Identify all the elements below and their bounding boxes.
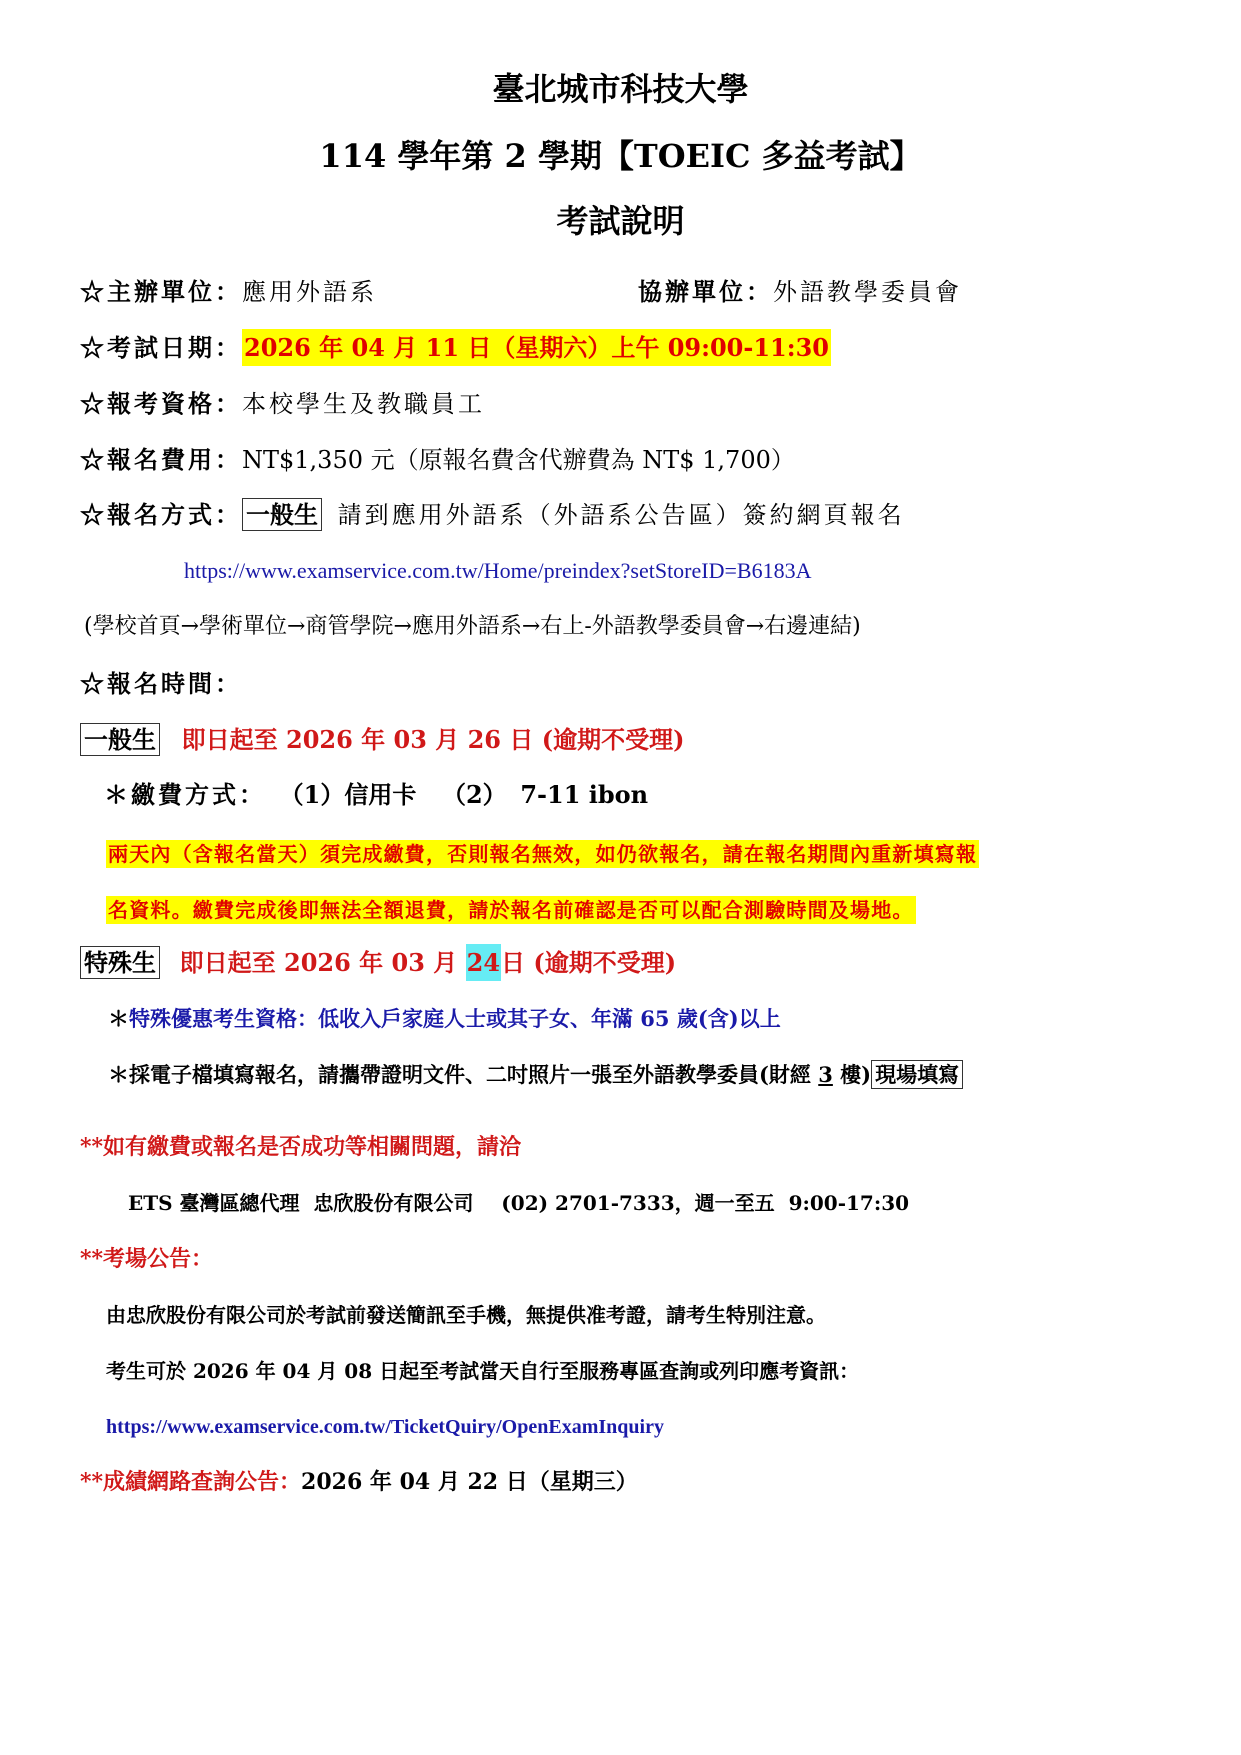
exam-inquiry-link[interactable]: https://www.examservice.com.tw/TicketQui…	[106, 1417, 664, 1437]
payment-option-ibon-prefix: （2）	[442, 780, 507, 809]
special-deadline-prefix: 即日起至 2026 年 03 月	[180, 948, 466, 977]
organizer-value: 應用外語系	[242, 278, 377, 306]
payment-warning-line-2: 名資料。繳費完成後即無法全額退費，請於報名前確認是否可以配合測驗時間及場地。	[106, 896, 916, 924]
exam-title: 114 學年第 2 學期【TOEIC 多益考試】	[0, 140, 1241, 172]
payment-label: ＊繳費方式：	[104, 780, 266, 809]
fee-row: ☆報名費用：NT$1,350 元（原報名費含代辦費為 NT$ 1,700）	[80, 448, 795, 472]
organizer-row: ☆主辦單位：應用外語系	[80, 280, 377, 304]
registration-link[interactable]: https://www.examservice.com.tw/Home/prei…	[184, 560, 811, 582]
special-deadline-row: 特殊生 即日起至 2026 年 03 月 24日 (逾期不受理)	[80, 951, 676, 975]
venue-notice-line-2: 考生可於 2026 年 04 月 08 日起至考試當天自行至服務專區查詢或列印應…	[106, 1361, 859, 1381]
fee-label: ☆報名費用：	[80, 445, 242, 474]
special-note-row: ＊採電子檔填寫報名，請攜帶證明文件、二吋照片一張至外語教學委員(財經 3 樓)現…	[108, 1064, 963, 1086]
method-value: 請到應用外語系（外語系公告區）簽約網頁報名	[338, 501, 905, 529]
special-deadline-day: 24	[466, 944, 501, 981]
contact-detail: ETS 臺灣區總代理 忠欣股份有限公司 (02) 2701-7333，週一至五 …	[128, 1193, 909, 1213]
payment-option-ibon: 7-11 ibon	[520, 780, 648, 809]
fee-value: NT$1,350 元（原報名費含代辦費為 NT$ 1,700）	[242, 446, 795, 474]
floor-number: 3	[818, 1062, 833, 1087]
university-name: 臺北城市科技大學	[0, 73, 1241, 105]
eligibility-row: ☆報考資格：本校學生及教職員工	[80, 392, 485, 416]
general-student-tag: 一般生	[242, 498, 322, 531]
eligibility-value: 本校學生及教職員工	[242, 390, 485, 418]
document-title: 考試說明	[0, 205, 1241, 237]
exam-date-row: ☆考試日期：2026 年 04 月 11 日（星期六）上午 09:00-11:3…	[80, 336, 831, 360]
asterisk: ＊	[108, 1006, 129, 1031]
venue-notice-heading: **考場公告：	[80, 1248, 213, 1270]
score-notice-row: **成績網路查詢公告：2026 年 04 月 22 日（星期三）	[80, 1471, 638, 1494]
on-site-fill-tag: 現場填寫	[871, 1060, 963, 1089]
special-student-tag: 特殊生	[80, 946, 160, 979]
special-deadline-suffix: 日 (逾期不受理)	[501, 948, 676, 977]
eligibility-label: ☆報考資格：	[80, 389, 242, 418]
exam-date-label: ☆考試日期：	[80, 333, 242, 362]
exam-date-value: 2026 年 04 月 11 日（星期六）上午 09:00-11:30	[242, 329, 831, 366]
method-label: ☆報名方式：	[80, 500, 242, 529]
organizer-label: ☆主辦單位：	[80, 277, 242, 306]
special-note: ＊採電子檔填寫報名，請攜帶證明文件、二吋照片一張至外語教學委員(財經	[108, 1062, 818, 1087]
navigation-path: (學校首頁→學術單位→商管學院→應用外語系→右上-外語教學委員會→右邊連結)	[84, 616, 861, 638]
co-organizer-row: 協辦單位：外語教學委員會	[638, 280, 962, 304]
score-notice-date: 2026 年 04 月 22 日（星期三）	[301, 1469, 638, 1495]
co-organizer-value: 外語教學委員會	[773, 278, 962, 306]
general-deadline-row: 一般生 即日起至 2026 年 03 月 26 日 (逾期不受理)	[80, 728, 684, 752]
contact-heading: **如有繳費或報名是否成功等相關問題，請洽	[80, 1136, 521, 1158]
special-qualification-row: ＊特殊優惠考生資格：低收入戶家庭人士或其子女、年滿 65 歲(含)以上	[108, 1008, 781, 1030]
method-row: ☆報名方式：一般生 請到應用外語系（外語系公告區）簽約網頁報名	[80, 503, 905, 527]
venue-notice-line-1: 由忠欣股份有限公司於考試前發送簡訊至手機，無提供准考證，請考生特別注意。	[106, 1305, 826, 1325]
general-deadline: 即日起至 2026 年 03 月 26 日 (逾期不受理)	[182, 725, 685, 754]
co-organizer-label: 協辦單位：	[638, 277, 773, 306]
payment-warning-line-1: 兩天內（含報名當天）須完成繳費，否則報名無效，如仍欲報名，請在報名期間內重新填寫…	[106, 840, 979, 868]
score-notice-label: **成績網路查詢公告：	[80, 1469, 301, 1495]
payment-method-row: ＊繳費方式： （1）信用卡 （2） 7-11 ibon	[104, 783, 648, 807]
special-qualification: 特殊優惠考生資格：低收入戶家庭人士或其子女、年滿 65 歲(含)以上	[129, 1006, 781, 1031]
registration-time-label: ☆報名時間：	[80, 672, 242, 696]
general-student-tag: 一般生	[80, 723, 160, 756]
payment-option-credit-card: （1）信用卡	[280, 780, 417, 809]
